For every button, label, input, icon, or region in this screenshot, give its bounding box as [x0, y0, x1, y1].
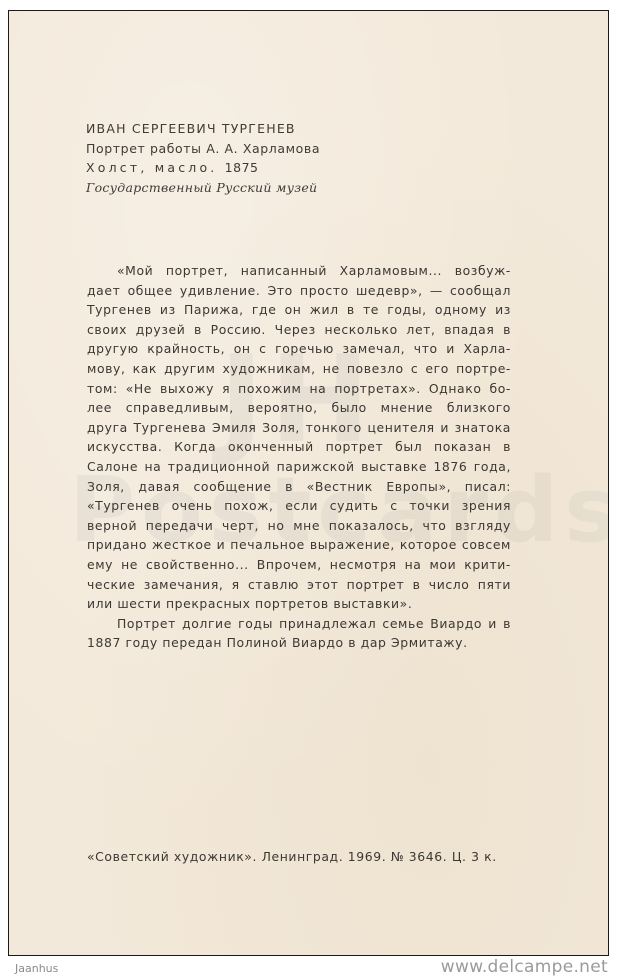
site-watermark: www.delcampe.net [441, 957, 608, 977]
text-line: «Мой портрет, написанный Харламовым... в… [87, 261, 511, 281]
text-line: «Тургенев очень похож, если судить с точ… [87, 496, 511, 516]
artwork-year: 1875 [225, 160, 259, 175]
text-line: ему не свойственно... Впрочем, несмотря … [87, 555, 511, 575]
description-text: «Мой портрет, написанный Харламовым... в… [87, 261, 511, 653]
text-line: своих друзей в Россию. Через несколько л… [87, 320, 511, 340]
text-line: Портрет долгие годы принадлежал семье Ви… [87, 614, 511, 634]
text-line: придано жесткое и печальное выражение, к… [87, 535, 511, 555]
artwork-caption: ИВАН СЕРГЕЕВИЧ ТУРГЕНЕВ Портрет работы А… [86, 119, 320, 197]
text-line: другую крайность, он с горечью замечал, … [87, 339, 511, 359]
text-line: том: «Не выхожу я похожим на портретах».… [87, 379, 511, 399]
artwork-title: ИВАН СЕРГЕЕВИЧ ТУРГЕНЕВ [86, 119, 320, 139]
publisher-imprint: «Советский художник». Ленинград. 1969. №… [87, 849, 497, 864]
postcard-back: JH Postcards ИВАН СЕРГЕЕВИЧ ТУРГЕНЕВ Пор… [8, 10, 609, 956]
artwork-museum: Государственный Русский музей [86, 178, 320, 198]
text-line: 1887 году передан Полиной Виардо в дар Э… [87, 633, 511, 653]
artwork-author: Портрет работы А. А. Харламова [86, 139, 320, 159]
text-line: лее справедливым, вероятно, было мнение … [87, 398, 511, 418]
text-line: Салоне на традиционной парижской выставк… [87, 457, 511, 477]
text-line: верной передачи черт, но мне показалось,… [87, 516, 511, 536]
text-line: ческие замечания, я ставлю этот портрет … [87, 575, 511, 595]
medium-text: Холст, масло. [86, 160, 217, 175]
text-line: друга Тургенева Эмиля Золя, тонкого цени… [87, 418, 511, 438]
seller-credit: Jaanhus [15, 962, 58, 975]
text-line: искусства. Когда оконченный портрет был … [87, 437, 511, 457]
artwork-medium: Холст, масло. 1875 [86, 158, 320, 178]
text-line: Тургенев из Парижа, где он жил в те годы… [87, 300, 511, 320]
text-line: мову, как другим художникам, не повезло … [87, 359, 511, 379]
text-line: или шести прекрасных портретов выставки»… [87, 594, 511, 614]
text-line: Золя, давая сообщение в «Вестник Европы»… [87, 477, 511, 497]
text-line: дает общее удивление. Это просто шедевр»… [87, 281, 511, 301]
